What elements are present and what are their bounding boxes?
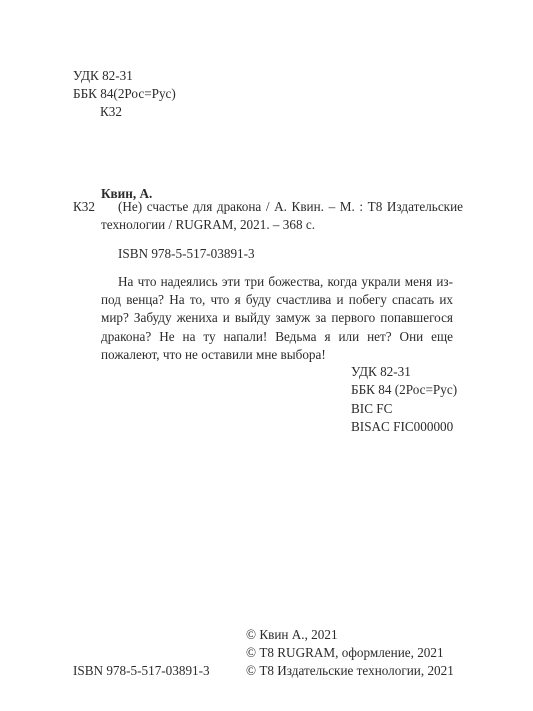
copyright-block: © Квин А., 2021 © Т8 RUGRAM, оформление,… (246, 626, 454, 680)
entry-author-mark: К32 (73, 198, 95, 216)
copyright-publisher: © Т8 Издательские технологии, 2021 (246, 662, 454, 680)
author-mark: К32 (73, 103, 176, 121)
copyright-design: © Т8 RUGRAM, оформление, 2021 (246, 644, 454, 662)
udk-code: УДК 82-31 (73, 67, 176, 85)
udk-code-right: УДК 82-31 (351, 363, 457, 381)
bbk-code-right: ББК 84 (2Рос=Рус) (351, 381, 457, 399)
right-classification-block: УДК 82-31 ББК 84 (2Рос=Рус) BIC FC BISAC… (351, 363, 457, 436)
bbk-code: ББК 84(2Рос=Рус) (73, 85, 176, 103)
bibliographic-description-line1: (Не) счастье для дракона / А. Квин. – М.… (118, 198, 463, 216)
bisac-code: BISAC FIC000000 (351, 418, 457, 436)
copyright-author: © Квин А., 2021 (246, 626, 454, 644)
bic-code: BIC FC (351, 400, 457, 418)
isbn-entry: ISBN 978-5-517-03891-3 (118, 245, 255, 263)
bibliographic-description-line2: технологии / RUGRAM, 2021. – 368 с. (101, 216, 315, 234)
isbn-footer: ISBN 978-5-517-03891-3 (73, 662, 210, 680)
top-classification-block: УДК 82-31 ББК 84(2Рос=Рус) К32 (73, 67, 176, 121)
annotation-paragraph: На что надеялись эти три божества, когда… (101, 273, 453, 364)
